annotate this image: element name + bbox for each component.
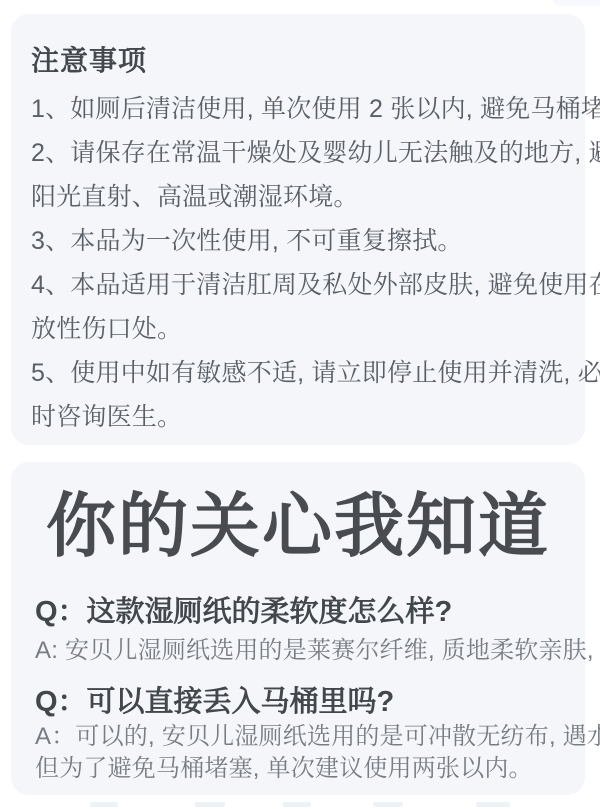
qa-section-title: 你的关心我知道: [35, 490, 561, 562]
qa-question-1: Q：这款湿厕纸的柔软度怎么样?: [35, 593, 561, 631]
next-section-fragment: [195, 802, 225, 807]
precaution-item-5-wrap: 时咨询医生。: [31, 395, 565, 439]
precaution-item-4-wrap: 放性伤口处。: [31, 307, 565, 351]
qa-question-2: Q：可以直接丢入马桶里吗?: [35, 683, 561, 721]
precautions-title: 注意事项: [31, 43, 565, 79]
qa-answer-2-line-2: 但为了避免马桶堵塞, 单次建议使用两张以内。: [35, 753, 561, 785]
next-section-fragment: [476, 802, 510, 807]
precaution-item-1: 1、如厕后清洁使用, 单次使用 2 张以内, 避免马桶堵塞。: [31, 87, 565, 131]
precaution-item-2: 2、请保存在常温干燥处及婴幼儿无法触及的地方, 避免: [31, 131, 565, 175]
precaution-item-5: 5、使用中如有敏感不适, 请立即停止使用并清洗, 必要: [31, 351, 565, 395]
precautions-list: 1、如厕后清洁使用, 单次使用 2 张以内, 避免马桶堵塞。 2、请保存在常温干…: [31, 87, 565, 439]
previous-card-edge-fragment: [552, 0, 600, 6]
precaution-item-3: 3、本品为一次性使用, 不可重复擦拭。: [31, 219, 565, 263]
precautions-card: 注意事项 1、如厕后清洁使用, 单次使用 2 张以内, 避免马桶堵塞。 2、请保…: [11, 14, 585, 445]
qa-answer-2-line-1: A：可以的, 安贝儿湿厕纸选用的是可冲散无纺布, 遇水可冲散,: [35, 721, 561, 753]
qa-answer-2: A：可以的, 安贝儿湿厕纸选用的是可冲散无纺布, 遇水可冲散, 但为了避免马桶堵…: [35, 721, 561, 785]
qa-card: 你的关心我知道 Q：这款湿厕纸的柔软度怎么样? A: 安贝儿湿厕纸选用的是莱赛尔…: [11, 462, 585, 795]
next-section-fragment: [283, 802, 311, 807]
qa-answer-1: A: 安贝儿湿厕纸选用的是莱赛尔纤维, 质地柔软亲肤, 擦拭不易破。: [35, 635, 561, 667]
precaution-item-4: 4、本品适用于清洁肛周及私处外部皮肤, 避免使用在开: [31, 263, 565, 307]
precaution-item-2-wrap: 阳光直射、高温或潮湿环境。: [31, 175, 565, 219]
qa-answer-1-line: A: 安贝儿湿厕纸选用的是莱赛尔纤维, 质地柔软亲肤, 擦拭不易破。: [35, 635, 561, 667]
qa-item-2: Q：可以直接丢入马桶里吗? A：可以的, 安贝儿湿厕纸选用的是可冲散无纺布, 遇…: [35, 683, 561, 785]
next-section-fragment: [373, 802, 403, 807]
qa-item-1: Q：这款湿厕纸的柔软度怎么样? A: 安贝儿湿厕纸选用的是莱赛尔纤维, 质地柔软…: [35, 593, 561, 667]
next-section-fragment: [90, 802, 118, 807]
